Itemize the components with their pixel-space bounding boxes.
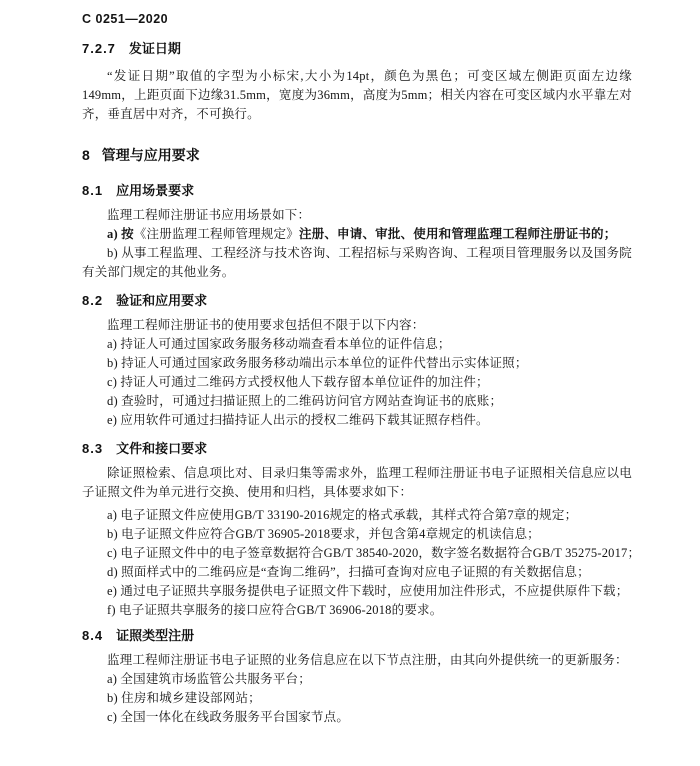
list-item-8-2-b: b) 持证人可通过国家政务服务移动端出示本单位的证件代替出示实体证照； bbox=[82, 354, 632, 373]
list-item-text: a) 按 bbox=[107, 227, 134, 241]
list-item-8-4-b: b) 住房和城乡建设部网站； bbox=[82, 689, 632, 708]
regulation-title: 《注册监理工程师管理规定》 bbox=[134, 227, 299, 241]
section-title: 证照类型注册 bbox=[116, 628, 194, 643]
section-number: 7.2.7 bbox=[82, 40, 116, 58]
section-heading-8-3: 8.3文件和接口要求 bbox=[82, 440, 632, 458]
section-8-3-intro: 除证照检索、信息项比对、目录归集等需求外，监理工程师注册证书电子证照相关信息应以… bbox=[82, 464, 632, 502]
list-item-8-1-b: b) 从事工程监理、工程经济与技术咨询、工程招标与采购咨询、工程项目管理服务以及… bbox=[82, 244, 632, 282]
list-item-text: 注册、申请、审批、使用和管理监理工程师注册证书的； bbox=[299, 227, 617, 241]
list-item-8-2-e: e) 应用软件可通过扫描持证人出示的授权二维码下载其证照存档件。 bbox=[82, 411, 632, 430]
section-8-1-intro: 监理工程师注册证书应用场景如下： bbox=[82, 206, 632, 225]
list-item-8-3-a: a) 电子证照文件应使用GB/T 33190-2016规定的格式承载，其样式符合… bbox=[82, 506, 632, 525]
section-title: 应用场景要求 bbox=[116, 183, 194, 198]
list-item-8-4-c: c) 全国一体化在线政务服务平台国家节点。 bbox=[82, 708, 632, 727]
section-heading-8: 8管理与应用要求 bbox=[82, 146, 632, 165]
section-number: 8.4 bbox=[82, 627, 103, 645]
list-item-8-3-f: f) 电子证照共享服务的接口应符合GB/T 36906-2018的要求。 bbox=[82, 601, 632, 620]
section-title: 发证日期 bbox=[129, 41, 181, 56]
list-item-8-2-a: a) 持证人可通过国家政务服务移动端查看本单位的证件信息； bbox=[82, 335, 632, 354]
section-title: 验证和应用要求 bbox=[116, 293, 207, 308]
section-title: 文件和接口要求 bbox=[116, 441, 207, 456]
section-8-2-intro: 监理工程师注册证书的使用要求包括但不限于以下内容： bbox=[82, 316, 632, 335]
section-number: 8 bbox=[82, 146, 91, 165]
doc-code: C 0251—2020 bbox=[82, 12, 632, 27]
list-item-8-2-d: d) 查验时，可通过扫描证照上的二维码访问官方网站查询证书的底账； bbox=[82, 392, 632, 411]
section-number: 8.3 bbox=[82, 440, 103, 458]
section-heading-8-4: 8.4证照类型注册 bbox=[82, 627, 632, 645]
list-item-8-3-d: d) 照面样式中的二维码应是“查询二维码”，扫描可查询对应电子证照的有关数据信息… bbox=[82, 563, 632, 582]
list-item-8-3-c: c) 电子证照文件中的电子签章数据符合GB/T 38540-2020，数字签名数… bbox=[82, 544, 632, 563]
section-heading-8-1: 8.1应用场景要求 bbox=[82, 182, 632, 200]
document-page: C 0251—2020 7.2.7发证日期 “发证日期”取值的字型为小标宋,大小… bbox=[0, 0, 700, 766]
list-item-8-4-a: a) 全国建筑市场监管公共服务平台； bbox=[82, 670, 632, 689]
section-heading-7-2-7: 7.2.7发证日期 bbox=[82, 40, 632, 58]
paragraph-7-2-7-body: “发证日期”取值的字型为小标宋,大小为14pt，颜色为黑色；可变区域左侧距页面左… bbox=[82, 67, 632, 124]
list-item-8-3-e: e) 通过电子证照共享服务提供电子证照文件下载时，应使用加注件形式，不应提供原件… bbox=[82, 582, 632, 601]
list-item-8-2-c: c) 持证人可通过二维码方式授权他人下载存留本单位证件的加注件； bbox=[82, 373, 632, 392]
section-title: 管理与应用要求 bbox=[102, 147, 200, 163]
section-number: 8.2 bbox=[82, 292, 103, 310]
section-number: 8.1 bbox=[82, 182, 103, 200]
section-heading-8-2: 8.2验证和应用要求 bbox=[82, 292, 632, 310]
list-item-8-3-b: b) 电子证照文件应符合GB/T 36905-2018要求，并包含第4章规定的机… bbox=[82, 525, 632, 544]
list-item-8-1-a: a) 按《注册监理工程师管理规定》注册、申请、审批、使用和管理监理工程师注册证书… bbox=[82, 225, 632, 244]
section-8-4-intro: 监理工程师注册证书电子证照的业务信息应在以下节点注册，由其向外提供统一的更新服务… bbox=[82, 651, 632, 670]
